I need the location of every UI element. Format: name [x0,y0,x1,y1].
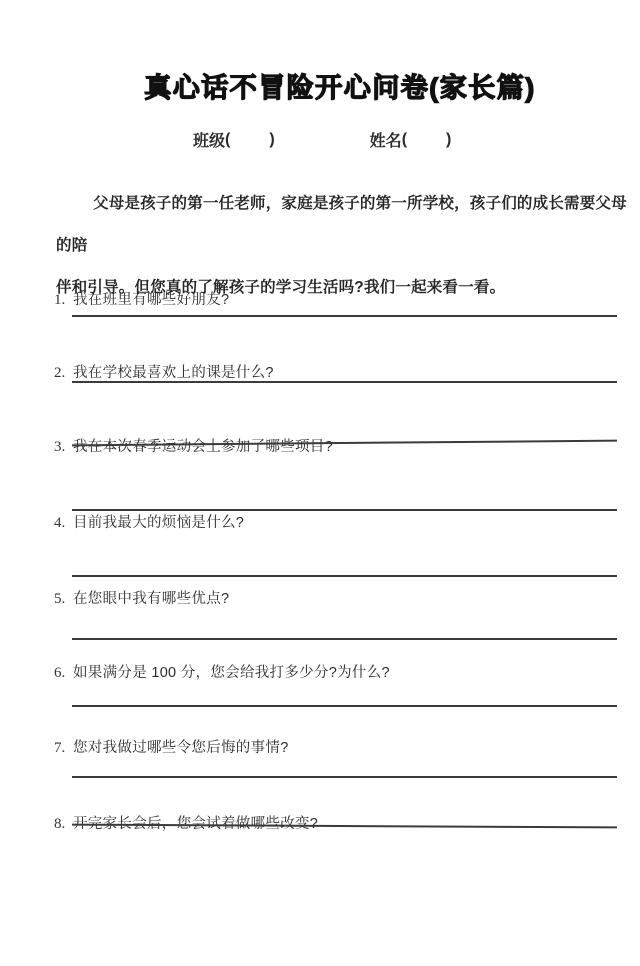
class-field: 班级() [193,128,275,151]
question-row-6: 6.如果满分是 100 分，您会给我打多少分?为什么? [54,665,390,681]
meta-row: 班级() 姓名() [193,128,451,151]
class-paren-close: ) [269,131,274,149]
question-number: 1. [54,292,73,308]
answer-line [72,705,617,707]
answer-line [72,575,617,577]
question-number: 8. [54,816,73,832]
class-blank [230,139,269,140]
question-number: 2. [54,365,73,381]
name-paren-close: ) [446,131,451,149]
question-number: 4. [54,515,73,531]
question-row-3: 3.我在本次春季运动会上参加了哪些项目? [54,439,333,455]
intro-paragraph: 父母是孩子的第一任老师，家庭是孩子的第一所学校，孩子们的成长需要父母的陪 伴和引… [56,183,636,309]
name-field: 姓名() [370,128,452,151]
question-row-7: 7.您对我做过哪些令您后悔的事情? [54,740,289,756]
questionnaire-page: 真心话不冒险开心问卷(家长篇) 班级() 姓名() 父母是孩子的第一任老师，家庭… [0,0,640,966]
answer-line [72,509,617,511]
class-label: 班级 [193,128,225,151]
question-text: 在您眼中我有哪些优点? [73,591,229,607]
question-row-1: 1.我在班里有哪些好朋友? [54,292,229,308]
name-blank [407,139,446,140]
question-text: 我在班里有哪些好朋友? [73,292,229,308]
question-text: 您对我做过哪些令您后悔的事情? [73,740,289,756]
answer-line [72,638,617,640]
question-number: 5. [54,591,73,607]
answer-line [72,776,617,778]
question-row-4: 4.目前我最大的烦恼是什么? [54,515,244,531]
intro-line: 父母是孩子的第一任老师，家庭是孩子的第一所学校，孩子们的成长需要父母的陪 [56,183,636,267]
question-text: 我在学校最喜欢上的课是什么? [73,365,274,381]
question-row-5: 5.在您眼中我有哪些优点? [54,591,229,607]
answer-line [72,381,617,383]
question-text: 目前我最大的烦恼是什么? [73,515,244,531]
name-label: 姓名 [370,128,402,151]
question-row-2: 2.我在学校最喜欢上的课是什么? [54,365,274,381]
question-number: 3. [54,439,73,455]
answer-line [72,315,617,317]
question-text: 如果满分是 100 分，您会给我打多少分?为什么? [73,665,390,681]
question-number: 6. [54,665,73,681]
page-title: 真心话不冒险开心问卷(家长篇) [0,66,640,105]
question-text: 我在本次春季运动会上参加了哪些项目? [73,439,333,455]
question-number: 7. [54,740,73,756]
